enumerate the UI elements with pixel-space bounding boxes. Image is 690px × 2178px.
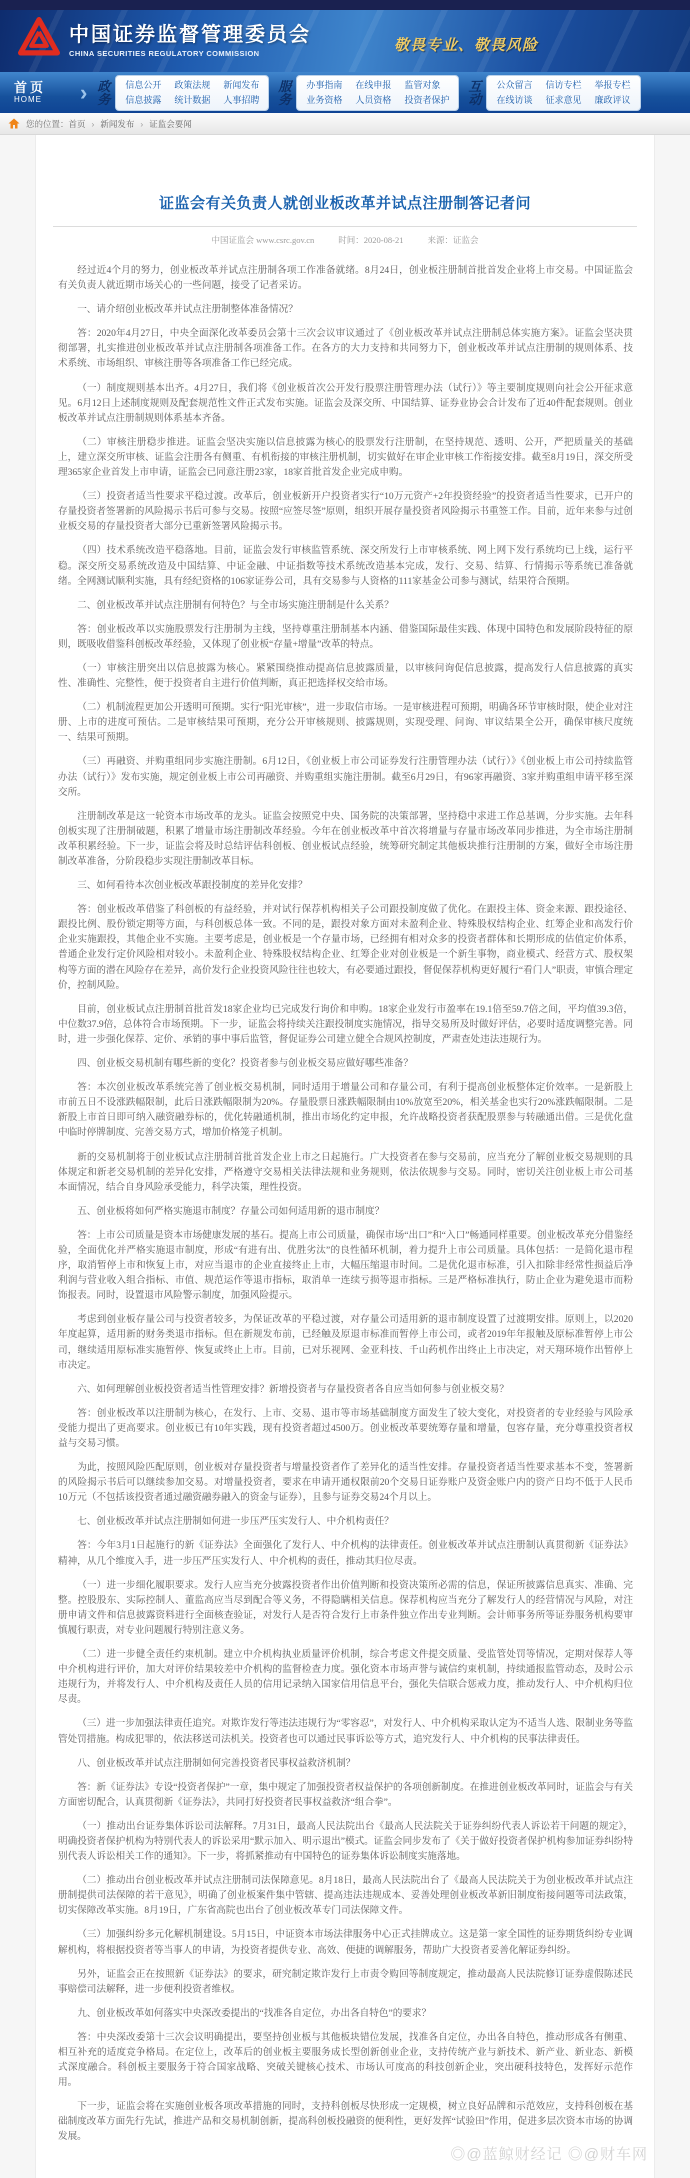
article-paragraph: 答：2020年4月27日，中央全面深化改革委员会第十三次会议审议通过了《创业板改… (58, 326, 633, 371)
article-paragraph: 目前，创业板试点注册制首批首发18家企业均已完成发行询价和申购。18家企业发行市… (58, 1002, 633, 1047)
breadcrumb-separator: › (92, 119, 95, 129)
article-paragraph: （一）制度规则基本出齐。4月27日，我们将《创业板首次公开发行股票注册管理办法（… (58, 381, 633, 426)
main-nav: 首页 HOME › 政务信息公开政策法规新闻发布信息披露统计数据人事招聘服务办事… (0, 72, 690, 113)
article-paragraph: 答：创业板改革借鉴了科创板的有益经验，并对试行保荐机构相关子公司跟投制度做了优化… (58, 902, 633, 993)
article-paragraph: 答：创业板改革以实施股票发行注册制为主线，坚持尊重注册制基本内涵、借鉴国际最佳实… (58, 622, 633, 652)
nav-group-2: 服务办事指南在线申报监管对象业务资格人员资格投资者保护 (278, 75, 459, 111)
home-chevron-icon: › (80, 82, 87, 104)
article-paragraph: 另外，证监会正在按照新《证券法》的要求，研究制定欺诈发行上市责令购回等制度规定，… (58, 1967, 633, 1997)
nav-group-label[interactable]: 服务 (278, 80, 291, 106)
nav-group-label[interactable]: 互动 (468, 80, 481, 106)
article-paragraph: 一、请介绍创业板改革并试点注册制整体准备情况？ (58, 302, 633, 317)
nav-link[interactable]: 人员资格 (355, 94, 391, 107)
site-slogan: 敬畏专业、敬畏风险 (394, 34, 538, 55)
article-paragraph: 答：创业板改革以注册制为核心，在发行、上市、交易、退市等市场基础制度方面发生了较… (58, 1406, 633, 1451)
article-paragraph: 经过近4个月的努力，创业板改革并试点注册制各项工作准备就绪。8月24日，创业板注… (58, 263, 633, 293)
nav-link[interactable]: 公众留言 (496, 79, 532, 92)
meta-time: 时间：2020-08-21 (338, 234, 403, 246)
nav-link[interactable]: 人事招聘 (223, 94, 259, 107)
nav-link[interactable]: 政策法规 (174, 79, 210, 92)
article-paragraph: 答：新《证券法》专设“投资者保护”一章，集中规定了加强投资者权益保护的各项创新制… (58, 1780, 633, 1810)
article-paragraph: （三）再融资、并购重组同步实施注册制。6月12日，《创业板上市公司证券发行注册管… (58, 754, 633, 799)
breadcrumb-items: 首页›新闻发布›证监会要闻 (69, 118, 192, 130)
article-paragraph: 新的交易机制将于创业板试点注册制首批首发企业上市之日起施行。广大投资者在参与交易… (58, 1150, 633, 1195)
article-paragraph: 考虑到创业板存量公司与投资者较多，为保证改革的平稳过渡，对存量公司适用新的退市制… (58, 1312, 633, 1372)
brand-text: 中国证券监督管理委员会 CHINA SECURITIES REGULATORY … (69, 18, 311, 58)
breadcrumb-separator: › (140, 119, 143, 129)
article-paragraph: （二）审核注册稳步推进。证监会坚决实施以信息披露为核心的股票发行注册制，在坚持规… (58, 435, 633, 480)
article-paragraph: 答：本次创业板改革系统完善了创业板交易机制，同时适用于增量公司和存量公司，有利于… (58, 1080, 633, 1140)
nav-group-label[interactable]: 政务 (97, 80, 110, 106)
nav-link[interactable]: 投资者保护 (404, 94, 449, 107)
article-paragraph: 九、创业板改革如何落实中央深改委提出的“找准各自定位，办出各自特色”的要求？ (58, 2006, 633, 2021)
nav-link[interactable]: 在线访谈 (496, 94, 532, 107)
nav-link[interactable]: 征求意见 (545, 94, 581, 107)
article-container: 证监会有关负责人就创业板改革并试点注册制答记者问 中国证监会 www.csrc.… (35, 135, 655, 2178)
article-paragraph: （一）进一步细化履职要求。发行人应当充分披露投资者作出价值判断和投资决策所必需的… (58, 1578, 633, 1638)
article-paragraph: 六、如何理解创业板投资者适当性管理安排？新增投资者与存量投资者各自应当如何参与创… (58, 1382, 633, 1397)
nav-group-links: 公众留言信访专栏举报专栏在线访谈征求意见廉政评议 (486, 75, 640, 111)
site-banner: 中国证券监督管理委员会 CHINA SECURITIES REGULATORY … (0, 10, 690, 72)
article-paragraph: 为此，按照风险匹配原则，创业板对存量投资者与增量投资者作了差异化的适当性安排。存… (58, 1460, 633, 1505)
page-title: 证监会有关负责人就创业板改革并试点注册制答记者问 (36, 135, 654, 213)
breadcrumb-link[interactable]: 首页 (69, 119, 86, 129)
home-icon[interactable] (8, 118, 20, 129)
nav-link[interactable]: 业务资格 (306, 94, 342, 107)
article-paragraph: 四、创业板交易机制有哪些新的变化？投资者参与创业板交易应做好哪些准备？ (58, 1056, 633, 1071)
meta-origin: 来源：证监会 (427, 234, 478, 246)
nav-group-3: 互动公众留言信访专栏举报专栏在线访谈征求意见廉政评议 (468, 75, 640, 111)
article-paragraph: （三）进一步加强法律责任追究。对欺诈发行等违法违规行为“零容忍”，对发行人、中介… (58, 1716, 633, 1746)
article-paragraph: （三）加强纠纷多元化解机制建设。5月15日，中证资本市场法律服务中心正式挂牌成立… (58, 1927, 633, 1957)
nav-link[interactable]: 在线申报 (355, 79, 391, 92)
article-paragraph: （四）技术系统改造平稳落地。目前，证监会发行审核监管系统、深交所发行上市审核系统… (58, 543, 633, 588)
nav-group-links: 信息公开政策法规新闻发布信息披露统计数据人事招聘 (115, 75, 269, 111)
nav-link[interactable]: 廉政评议 (595, 94, 631, 107)
nav-group-links: 办事指南在线申报监管对象业务资格人员资格投资者保护 (296, 75, 459, 111)
article-body: 经过近4个月的努力，创业板改革并试点注册制各项工作准备就绪。8月24日，创业板注… (58, 263, 633, 2145)
article-paragraph: （一）审核注册突出以信息披露为核心。紧紧围绕推动提高信息披露质量，以审核问询促信… (58, 661, 633, 691)
title-divider (53, 226, 637, 227)
site-logo-link[interactable]: 中国证券监督管理委员会 CHINA SECURITIES REGULATORY … (0, 10, 690, 59)
article-paragraph: （三）投资者适当性要求平稳过渡。改革后，创业板新开户投资者实行“10万元资产+2… (58, 489, 633, 534)
org-name-cn: 中国证券监督管理委员会 (69, 18, 311, 47)
nav-home-label: 首页 (14, 81, 66, 95)
article-paragraph: 五、创业板将如何严格实施退市制度？存量公司如何适用新的退市制度？ (58, 1204, 633, 1219)
page: 中国证券监督管理委员会 CHINA SECURITIES REGULATORY … (0, 0, 690, 2178)
nav-link[interactable]: 举报专栏 (595, 79, 631, 92)
article-paragraph: 八、创业板改革并试点注册制如何完善投资者民事权益救济机制？ (58, 1756, 633, 1771)
meta-source-site: 中国证监会 www.csrc.gov.cn (212, 234, 315, 246)
nav-link[interactable]: 信访专栏 (545, 79, 581, 92)
article-paragraph: （二）进一步健全责任约束机制。建立中介机构执业质量评价机制，综合考虑文件提交质量… (58, 1647, 633, 1707)
article-paragraph: 三、如何看待本次创业板改革跟投制度的差异化安排？ (58, 878, 633, 893)
article-paragraph: 答：中央深改委第十三次会议明确提出，要坚持创业板与其他板块错位发展，找准各自定位… (58, 2030, 633, 2090)
nav-group-1: 政务信息公开政策法规新闻发布信息披露统计数据人事招聘 (97, 75, 269, 111)
article-paragraph: 二、创业板改革并试点注册制有何特色？与全市场实施注册制是什么关系？ (58, 598, 633, 613)
article-paragraph: （二）机制流程更加公开透明可预期。实行“阳光审核”，进一步取信市场。一是审核进程… (58, 700, 633, 745)
nav-link[interactable]: 办事指南 (306, 79, 342, 92)
article-paragraph: 下一步，证监会将在实施创业板各项改革措施的同时，支持科创板尽快形成一定规模，树立… (58, 2099, 633, 2144)
nav-link[interactable]: 新闻发布 (223, 79, 259, 92)
article-paragraph: 注册制改革是这一轮资本市场改革的龙头。证监会按照党中央、国务院的决策部署，坚持稳… (58, 809, 633, 869)
org-name-en: CHINA SECURITIES REGULATORY COMMISSION (69, 49, 311, 58)
article-paragraph: （二）推动出台创业板改革并试点注册制司法保障意见。8月18日，最高人民法院出台了… (58, 1873, 633, 1918)
breadcrumb-link: 证监会要闻 (149, 119, 192, 129)
watermark: ◎@蓝鲸财经记 ◎@财车网 (450, 2143, 648, 2164)
breadcrumb-link[interactable]: 新闻发布 (100, 119, 134, 129)
article-meta: 中国证监会 www.csrc.gov.cn 时间：2020-08-21 来源：证… (36, 234, 654, 246)
nav-groups: 政务信息公开政策法规新闻发布信息披露统计数据人事招聘服务办事指南在线申报监管对象… (97, 75, 682, 111)
nav-link[interactable]: 信息披露 (125, 94, 161, 107)
article-paragraph: 答：今年3月1日起施行的新《证券法》全面强化了发行人、中介机构的法律责任。创业板… (58, 1538, 633, 1568)
nav-link[interactable]: 监管对象 (404, 79, 449, 92)
nav-link[interactable]: 统计数据 (174, 94, 210, 107)
nav-home-sublabel: HOME (14, 95, 66, 105)
top-strip (0, 0, 690, 10)
breadcrumb-prefix: 您的位置： (26, 118, 69, 130)
csrc-logo-icon (18, 17, 60, 59)
nav-home[interactable]: 首页 HOME (8, 81, 70, 105)
breadcrumb: 您的位置： 首页›新闻发布›证监会要闻 (0, 113, 690, 135)
article-paragraph: （一）推动出台证券集体诉讼司法解释。7月31日，最高人民法院出台《最高人民法院关… (58, 1819, 633, 1864)
article-paragraph: 七、创业板改革并试点注册制如何进一步压严压实发行人、中介机构责任？ (58, 1514, 633, 1529)
article-paragraph: 答：上市公司质量是资本市场健康发展的基石。提高上市公司质量，确保市场“出口”和“… (58, 1228, 633, 1303)
nav-link[interactable]: 信息公开 (125, 79, 161, 92)
